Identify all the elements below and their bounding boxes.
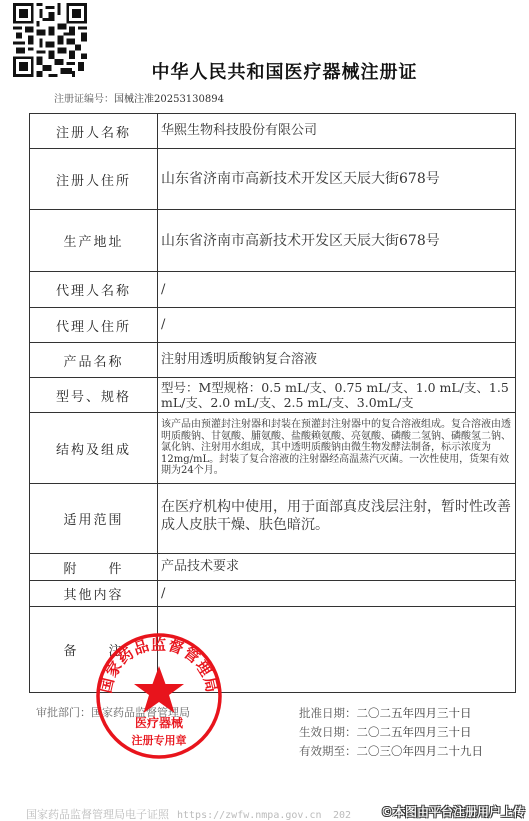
footer-issuer: 国家药品监督管理局电子证照 [26,808,169,821]
registration-number: 注册证编号：国械注准20253130894 [54,90,224,105]
approval-dates: 批准日期：二〇二五年四月三十日 生效日期：二〇二五年四月三十日 有效期至：二〇三… [299,704,483,761]
field-label: 附 件 [30,554,158,581]
dept-value: 国家药品监督管理局 [91,706,190,719]
field-value: 山东省济南市高新技术开发区天辰大街678号 [158,149,516,210]
table-row: 适用范围 在医疗机构中使用，用于面部真皮浅层注射，暂时性改善成人皮肤干燥、肤色暗… [30,484,516,554]
table-row: 其他内容 / [30,581,516,607]
approval-department: 审批部门：国家药品监督管理局 [36,704,190,720]
table-row: 结构及组成 该产品由预灌封注射器和封装在预灌封注射器中的复合溶液组成。复合溶液由… [30,413,516,484]
field-value: / [158,308,516,343]
field-label: 结构及组成 [30,413,158,484]
table-row: 代理人名称 / [30,272,516,308]
field-label: 代理人住所 [30,308,158,343]
expiry-date: 有效期至：二〇三〇年四月二十九日 [299,742,483,761]
field-value [158,607,516,693]
field-label: 代理人名称 [30,272,158,308]
table-row: 生产地址 山东省济南市高新技术开发区天辰大街678号 [30,210,516,272]
dept-label: 审批部门： [36,706,91,719]
field-label: 适用范围 [30,484,158,554]
effective-date: 生效日期：二〇二五年四月三十日 [299,723,483,742]
field-value: 华熙生物科技股份有限公司 [158,114,516,149]
field-value: 产品技术要求 [158,554,516,581]
field-value: 在医疗机构中使用，用于面部真皮浅层注射，暂时性改善成人皮肤干燥、肤色暗沉。 [158,484,516,554]
footer-url[interactable]: https://zwfw.nmpa.gov.cn [177,810,322,821]
footer-source: 国家药品监督管理局电子证照https://zwfw.nmpa.gov.cn 20… [26,806,351,821]
field-value: 型号：M型规格：0.5 mL/支、0.75 mL/支、1.0 mL/支、1.5 … [158,378,516,413]
certificate-table: 注册人名称 华熙生物科技股份有限公司 注册人住所 山东省济南市高新技术开发区天辰… [29,113,516,693]
table-row: 附 件 产品技术要求 [30,554,516,581]
field-value: / [158,581,516,607]
reg-no-label: 注册证编号： [54,94,114,105]
table-row: 注册人名称 华熙生物科技股份有限公司 [30,114,516,149]
field-label: 注册人住所 [30,149,158,210]
table-row: 产品名称 注射用透明质酸钠复合溶液 [30,343,516,378]
document-title: 中华人民共和国医疗器械注册证 [0,58,529,84]
table-row: 备 注 [30,607,516,693]
field-label: 产品名称 [30,343,158,378]
field-label: 备 注 [30,607,158,693]
field-value: 注射用透明质酸钠复合溶液 [158,343,516,378]
field-label: 型号、规格 [30,378,158,413]
table-row: 型号、规格 型号：M型规格：0.5 mL/支、0.75 mL/支、1.0 mL/… [30,378,516,413]
field-value: 山东省济南市高新技术开发区天辰大街678号 [158,210,516,272]
field-label: 其他内容 [30,581,158,607]
field-label: 注册人名称 [30,114,158,149]
reg-no-value: 国械注准20253130894 [114,94,224,105]
approve-date: 批准日期：二〇二五年四月三十日 [299,704,483,723]
footer-year: 202 [333,810,351,821]
field-label: 生产地址 [30,210,158,272]
field-value: / [158,272,516,308]
table-row: 代理人住所 / [30,308,516,343]
field-value: 该产品由预灌封注射器和封装在预灌封注射器中的复合溶液组成。复合溶液由透明质酸钠、… [158,413,516,484]
upload-watermark: ©本图由平台注册用户上传 [381,803,525,820]
seal-line2: 注册专用章 [132,733,187,747]
table-row: 注册人住所 山东省济南市高新技术开发区天辰大街678号 [30,149,516,210]
